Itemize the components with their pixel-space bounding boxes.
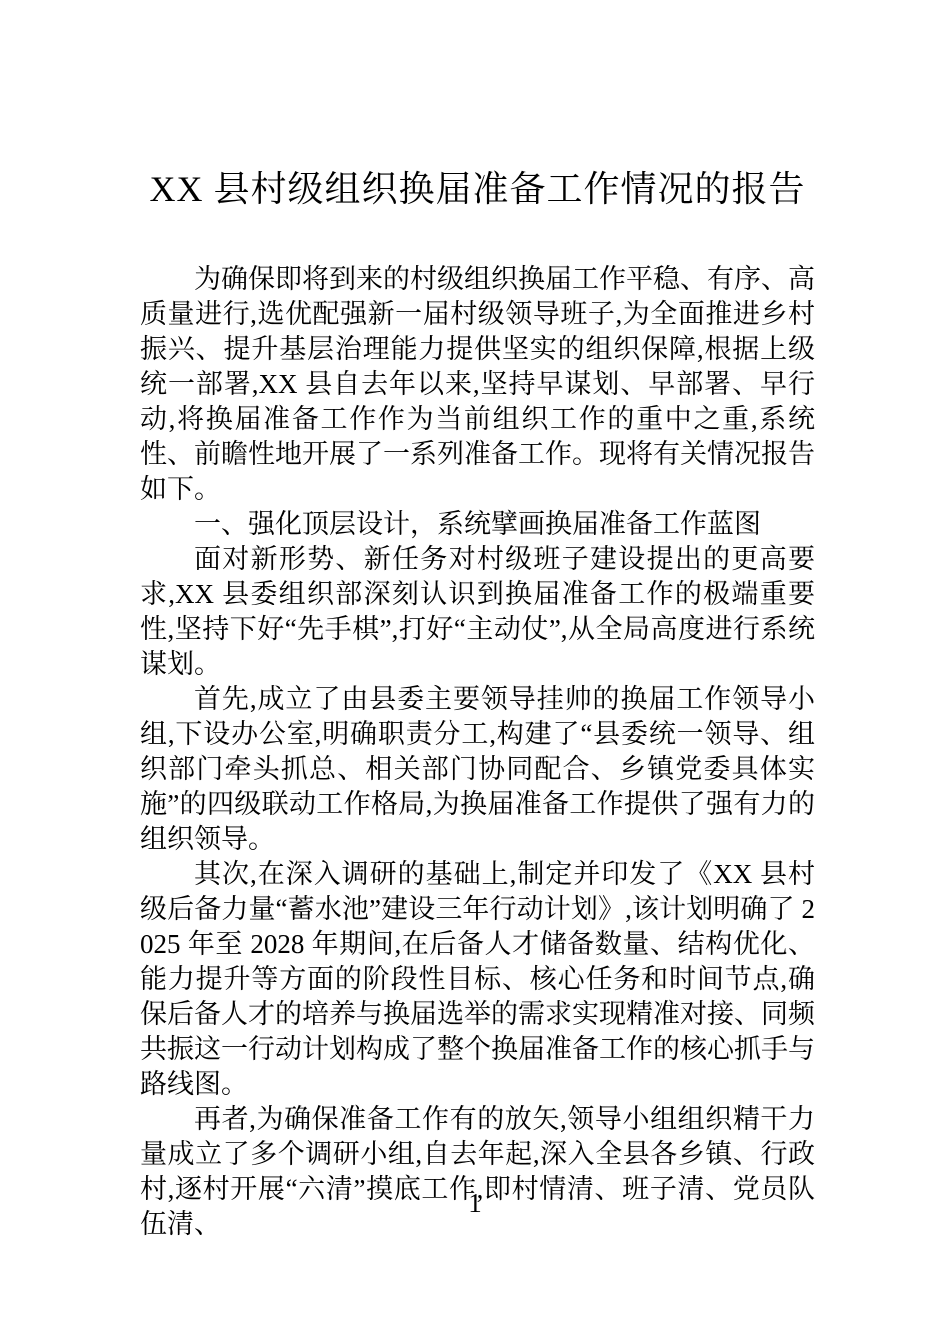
document-body: 为确保即将到来的村级组织换届工作平稳、有序、高质量进行,选优配强新一届村级领导班… [140,262,815,1242]
document-content: XX 县村级组织换届准备工作情况的报告 为确保即将到来的村级组织换届工作平稳、有… [140,0,815,1242]
paragraph: 面对新形势、新任务对村级班子建设提出的更高要求,XX 县委组织部深刻认识到换届准… [140,542,815,682]
paragraph: 其次,在深入调研的基础上,制定并印发了《XX 县村级后备力量“蓄水池”建设三年行… [140,857,815,1102]
section-heading: 一、强化顶层设计，系统擘画换届准备工作蓝图 [140,507,815,542]
page-number: 1 [0,1186,950,1221]
paragraph: 为确保即将到来的村级组织换届工作平稳、有序、高质量进行,选优配强新一届村级领导班… [140,262,815,507]
paragraph: 首先,成立了由县委主要领导挂帅的换届工作领导小组,下设办公室,明确职责分工,构建… [140,682,815,857]
paragraph: 再者,为确保准备工作有的放矢,领导小组组织精干力量成立了多个调研小组,自去年起,… [140,1102,815,1242]
document-page: XX 县村级组织换届准备工作情况的报告 为确保即将到来的村级组织换届工作平稳、有… [0,0,950,1344]
document-title: XX 县村级组织换届准备工作情况的报告 [140,166,815,212]
